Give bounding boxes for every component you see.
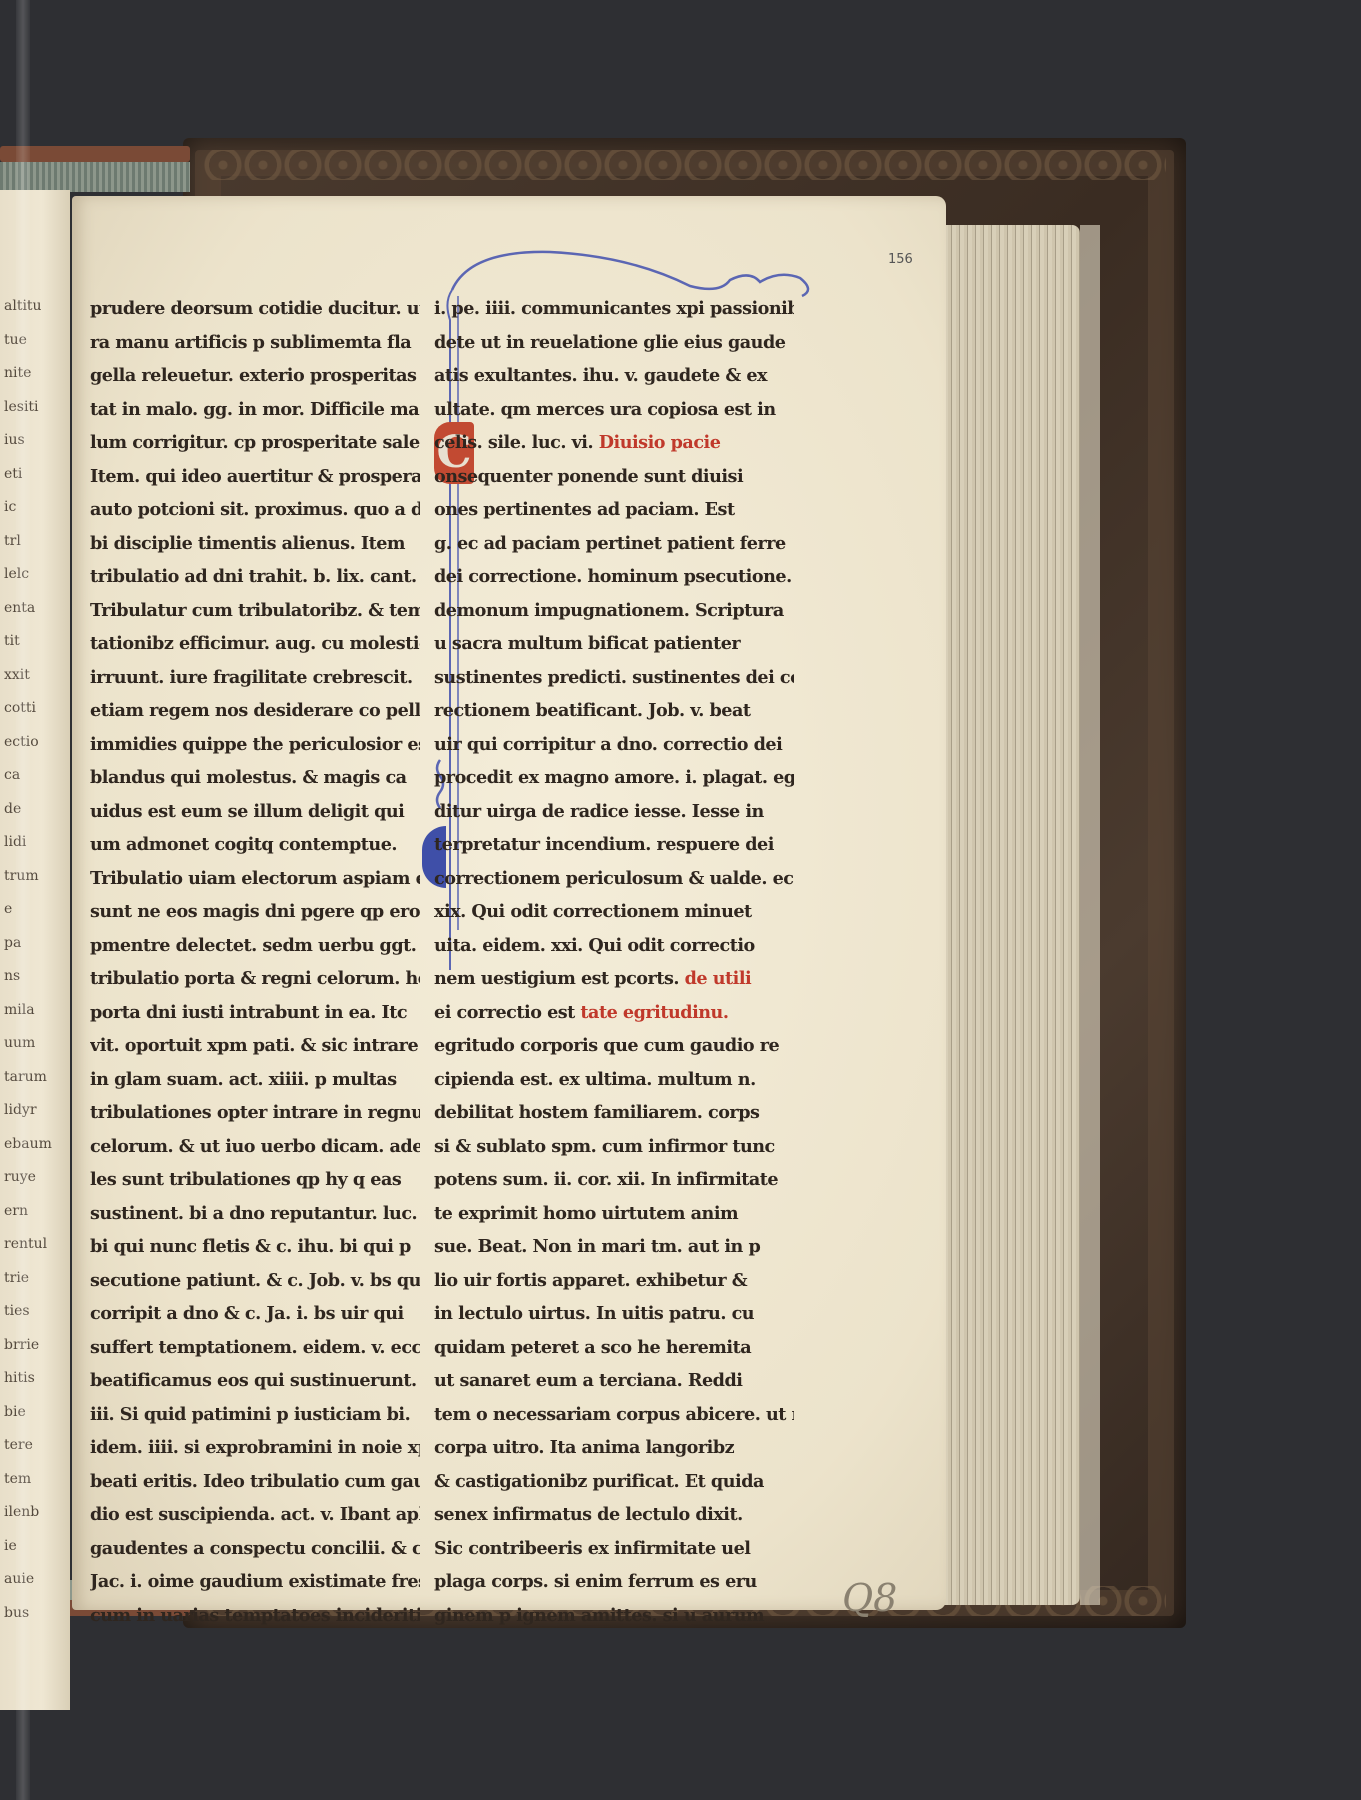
text-line: Tribulatur cum tribulatoribz. & temp	[90, 594, 420, 628]
text-column-left: prudere deorsum cotidie ducitur. ut inra…	[90, 292, 420, 1632]
rubric-text: tate egritudinu.	[575, 1002, 729, 1023]
text-line: corpa uitro. Ita anima langoribz	[434, 1431, 794, 1465]
text-line: de	[0, 793, 70, 827]
text-line: immidies quippe the periculosior est	[90, 728, 420, 762]
text-line: dete ut in reuelatione glie eius gaude	[434, 326, 794, 360]
text-line: onsequenter ponende sunt diuisi	[434, 460, 794, 494]
text-line: trl	[0, 525, 70, 559]
text-line: trum	[0, 860, 70, 894]
text-line: suffert temptationem. eidem. v. ecce	[90, 1331, 420, 1365]
text-line: pa	[0, 927, 70, 961]
text-line: e	[0, 893, 70, 927]
text-line: tem o necessariam corpus abicere. ut n	[434, 1398, 794, 1432]
text-line: cipienda est. ex ultima. multum n.	[434, 1063, 794, 1097]
text-line: Tribulatio uiam electorum aspiam est	[90, 862, 420, 896]
text-line: cotti	[0, 692, 70, 726]
text-line: potens sum. ii. cor. xii. In infirmitate	[434, 1163, 794, 1197]
text-line: ultate. qm merces ura copiosa est in	[434, 393, 794, 427]
text-line: ei correctio est tate egritudinu.	[434, 996, 794, 1030]
text-line: les sunt tribulationes qp hy q eas	[90, 1163, 420, 1197]
text-line: etiam regem nos desiderare co pellunt.	[90, 694, 420, 728]
text-line: lesiti	[0, 391, 70, 425]
text-line: ns	[0, 960, 70, 994]
text-line: ginem p ignem amittes. si u aurum	[434, 1599, 794, 1633]
text-line: atis exultantes. ihu. v. gaudete & ex	[434, 359, 794, 393]
text-line: nem uestigium est pcorts. de utili	[434, 962, 794, 996]
text-line: tribulatio ad dni trahit. b. lix. cant.	[90, 560, 420, 594]
text-line: bi disciplie timentis alienus. Item	[90, 527, 420, 561]
text-line: auto potcioni sit. proximus. quo a de	[90, 493, 420, 527]
text-line: sunt ne eos magis dni pgere qp ero	[90, 895, 420, 929]
text-line: enta	[0, 592, 70, 626]
text-line: uir qui corripitur a dno. correctio dei	[434, 728, 794, 762]
text-line: te exprimit homo uirtutem anim	[434, 1197, 794, 1231]
text-line: lidi	[0, 826, 70, 860]
text-line: lidyr	[0, 1094, 70, 1128]
text-line: terpretatur incendium. respuere dei	[434, 828, 794, 862]
text-line: sustinent. bi a dno reputantur. luc. vi.	[90, 1197, 420, 1231]
text-line: blandus qui molestus. & magis ca	[90, 761, 420, 795]
text-line: tue	[0, 324, 70, 358]
tooled-pattern-top	[203, 150, 1166, 180]
text-line: tat in malo. gg. in mor. Difficile ma	[90, 393, 420, 427]
text-line: irruunt. iure fragilitate crebrescit.	[90, 661, 420, 695]
text-line: quidam peteret a sco he heremita	[434, 1331, 794, 1365]
text-line: correctionem periculosum & ualde. eccl.	[434, 862, 794, 896]
text-line: eti	[0, 458, 70, 492]
text-line: gella releuetur. exterio prosperitas suf…	[90, 359, 420, 393]
text-line: tit	[0, 625, 70, 659]
text-line: xxit	[0, 659, 70, 693]
glass-page-holder	[16, 0, 30, 1800]
text-line: auie	[0, 1563, 70, 1597]
text-line: dio est suscipienda. act. v. Ibant apli	[90, 1498, 420, 1532]
text-line: beati eritis. Ideo tribulatio cum gau	[90, 1465, 420, 1499]
text-line: tarum	[0, 1061, 70, 1095]
text-line: idem. iiii. si exprobramini in noie xpi.	[90, 1431, 420, 1465]
text-line: demonum impugnationem. Scriptura	[434, 594, 794, 628]
text-line: sustinentes predicti. sustinentes dei co…	[434, 661, 794, 695]
text-line: egritudo corporis que cum gaudio re	[434, 1029, 794, 1063]
text-line: lelc	[0, 558, 70, 592]
text-line: tem	[0, 1463, 70, 1497]
text-line: ca	[0, 759, 70, 793]
text-line: g. ec ad paciam pertinet patient ferre	[434, 527, 794, 561]
text-line: bus	[0, 1597, 70, 1631]
text-line: ruye	[0, 1161, 70, 1195]
text-line: sue. Beat. Non in mari tm. aut in p	[434, 1230, 794, 1264]
text-block-page-edges	[940, 225, 1080, 1605]
text-line: ic	[0, 491, 70, 525]
text-line: brrie	[0, 1329, 70, 1363]
text-line: vit. oportuit xpm pati. & sic intrare	[90, 1029, 420, 1063]
text-line: prudere deorsum cotidie ducitur. ut in	[90, 292, 420, 326]
text-line: ectio	[0, 726, 70, 760]
text-line: porta dni iusti intrabunt in ea. Itc	[90, 996, 420, 1030]
left-page-fragment: altitutuenitelesitiiusetiictrllelcentati…	[0, 190, 70, 1710]
text-line: secutione patiunt. & c. Job. v. bs qui	[90, 1264, 420, 1298]
text-line: i. pe. iiii. communicantes xpi passionib…	[434, 292, 794, 326]
text-line: nite	[0, 357, 70, 391]
text-line: ilenb	[0, 1496, 70, 1530]
text-line: ra manu artificis p sublimemta fla	[90, 326, 420, 360]
text-line: ut sanaret eum a terciana. Reddi	[434, 1364, 794, 1398]
text-column-right: i. pe. iiii. communicantes xpi passionib…	[434, 292, 794, 1632]
text-line: celorum. & ut iuo uerbo dicam. adeo u	[90, 1130, 420, 1164]
text-line: in lectulo uirtus. In uitis patru. cu	[434, 1297, 794, 1331]
text-line: uidus est eum se illum deligit qui	[90, 795, 420, 829]
rubric-text: de utili	[679, 968, 751, 989]
text-line: ditur uirga de radice iesse. Iesse in	[434, 795, 794, 829]
text-line: dei correctione. hominum psecutione.	[434, 560, 794, 594]
text-line: iii. Si quid patimini p iusticiam bi.	[90, 1398, 420, 1432]
text-line: Sic contribeeris ex infirmitate uel	[434, 1532, 794, 1566]
text-line: & castigationibz purificat. Et quida	[434, 1465, 794, 1499]
text-line: celis. sile. luc. vi. Diuisio pacie	[434, 426, 794, 460]
text-line: tribulationes opter intrare in regnu	[90, 1096, 420, 1130]
text-line: Jac. i. oime gaudium existimate fres	[90, 1565, 420, 1599]
text-line: hitis	[0, 1362, 70, 1396]
text-line: plaga corps. si enim ferrum es eru	[434, 1565, 794, 1599]
text-line: in glam suam. act. xiiii. p multas	[90, 1063, 420, 1097]
text-line: trie	[0, 1262, 70, 1296]
text-line: u sacra multum bificat patienter	[434, 627, 794, 661]
text-line: Item. qui ideo auertitur & prosperatur.	[90, 460, 420, 494]
text-line: procedit ex magno amore. i. plagat. egre	[434, 761, 794, 795]
text-line: pmentre delectet. sedm uerbu ggt.	[90, 929, 420, 963]
text-line: bi qui nunc fletis & c. ihu. bi qui p	[90, 1230, 420, 1264]
text-line: ern	[0, 1195, 70, 1229]
text-line: ius	[0, 424, 70, 458]
text-line: si & sublato spm. cum infirmor tunc	[434, 1130, 794, 1164]
text-line: beatificamus eos qui sustinuerunt. i. pe…	[90, 1364, 420, 1398]
text-line: lum corrigitur. cp prosperitate salet.	[90, 426, 420, 460]
pencil-shelfmark: Q8	[842, 1576, 897, 1620]
text-line: um admonet cogitq contemptue.	[90, 828, 420, 862]
text-line: lio uir fortis apparet. exhibetur &	[434, 1264, 794, 1298]
text-line: cum in uarias temptatoes incideritis.	[90, 1599, 420, 1633]
text-line: tribulatio porta & regni celorum. hec	[90, 962, 420, 996]
text-line: rentul	[0, 1228, 70, 1262]
text-line: tationibz efficimur. aug. cu molestie	[90, 627, 420, 661]
text-line: altitu	[0, 290, 70, 324]
folio-number: 156	[888, 252, 913, 267]
text-line: ones pertinentes ad paciam. Est	[434, 493, 794, 527]
text-line: ie	[0, 1530, 70, 1564]
text-line: xix. Qui odit correctionem minuet	[434, 895, 794, 929]
text-line: senex infirmatus de lectulo dixit.	[434, 1498, 794, 1532]
text-line: corripit a dno & c. Ja. i. bs uir qui	[90, 1297, 420, 1331]
text-line: ties	[0, 1295, 70, 1329]
rubric-text: Diuisio pacie	[593, 432, 720, 453]
text-line: gaudentes a conspectu concilii. & c.	[90, 1532, 420, 1566]
text-line: uum	[0, 1027, 70, 1061]
text-line: tere	[0, 1429, 70, 1463]
text-line: mila	[0, 994, 70, 1028]
text-line: uita. eidem. xxi. Qui odit correctio	[434, 929, 794, 963]
manuscript-page-recto: 156 C prudere deorsum cotidie ducitur. u…	[72, 196, 946, 1610]
text-line: debilitat hostem familiarem. corps	[434, 1096, 794, 1130]
text-line: bie	[0, 1396, 70, 1430]
text-line: ebaum	[0, 1128, 70, 1162]
text-line: rectionem beatificant. Job. v. beat	[434, 694, 794, 728]
